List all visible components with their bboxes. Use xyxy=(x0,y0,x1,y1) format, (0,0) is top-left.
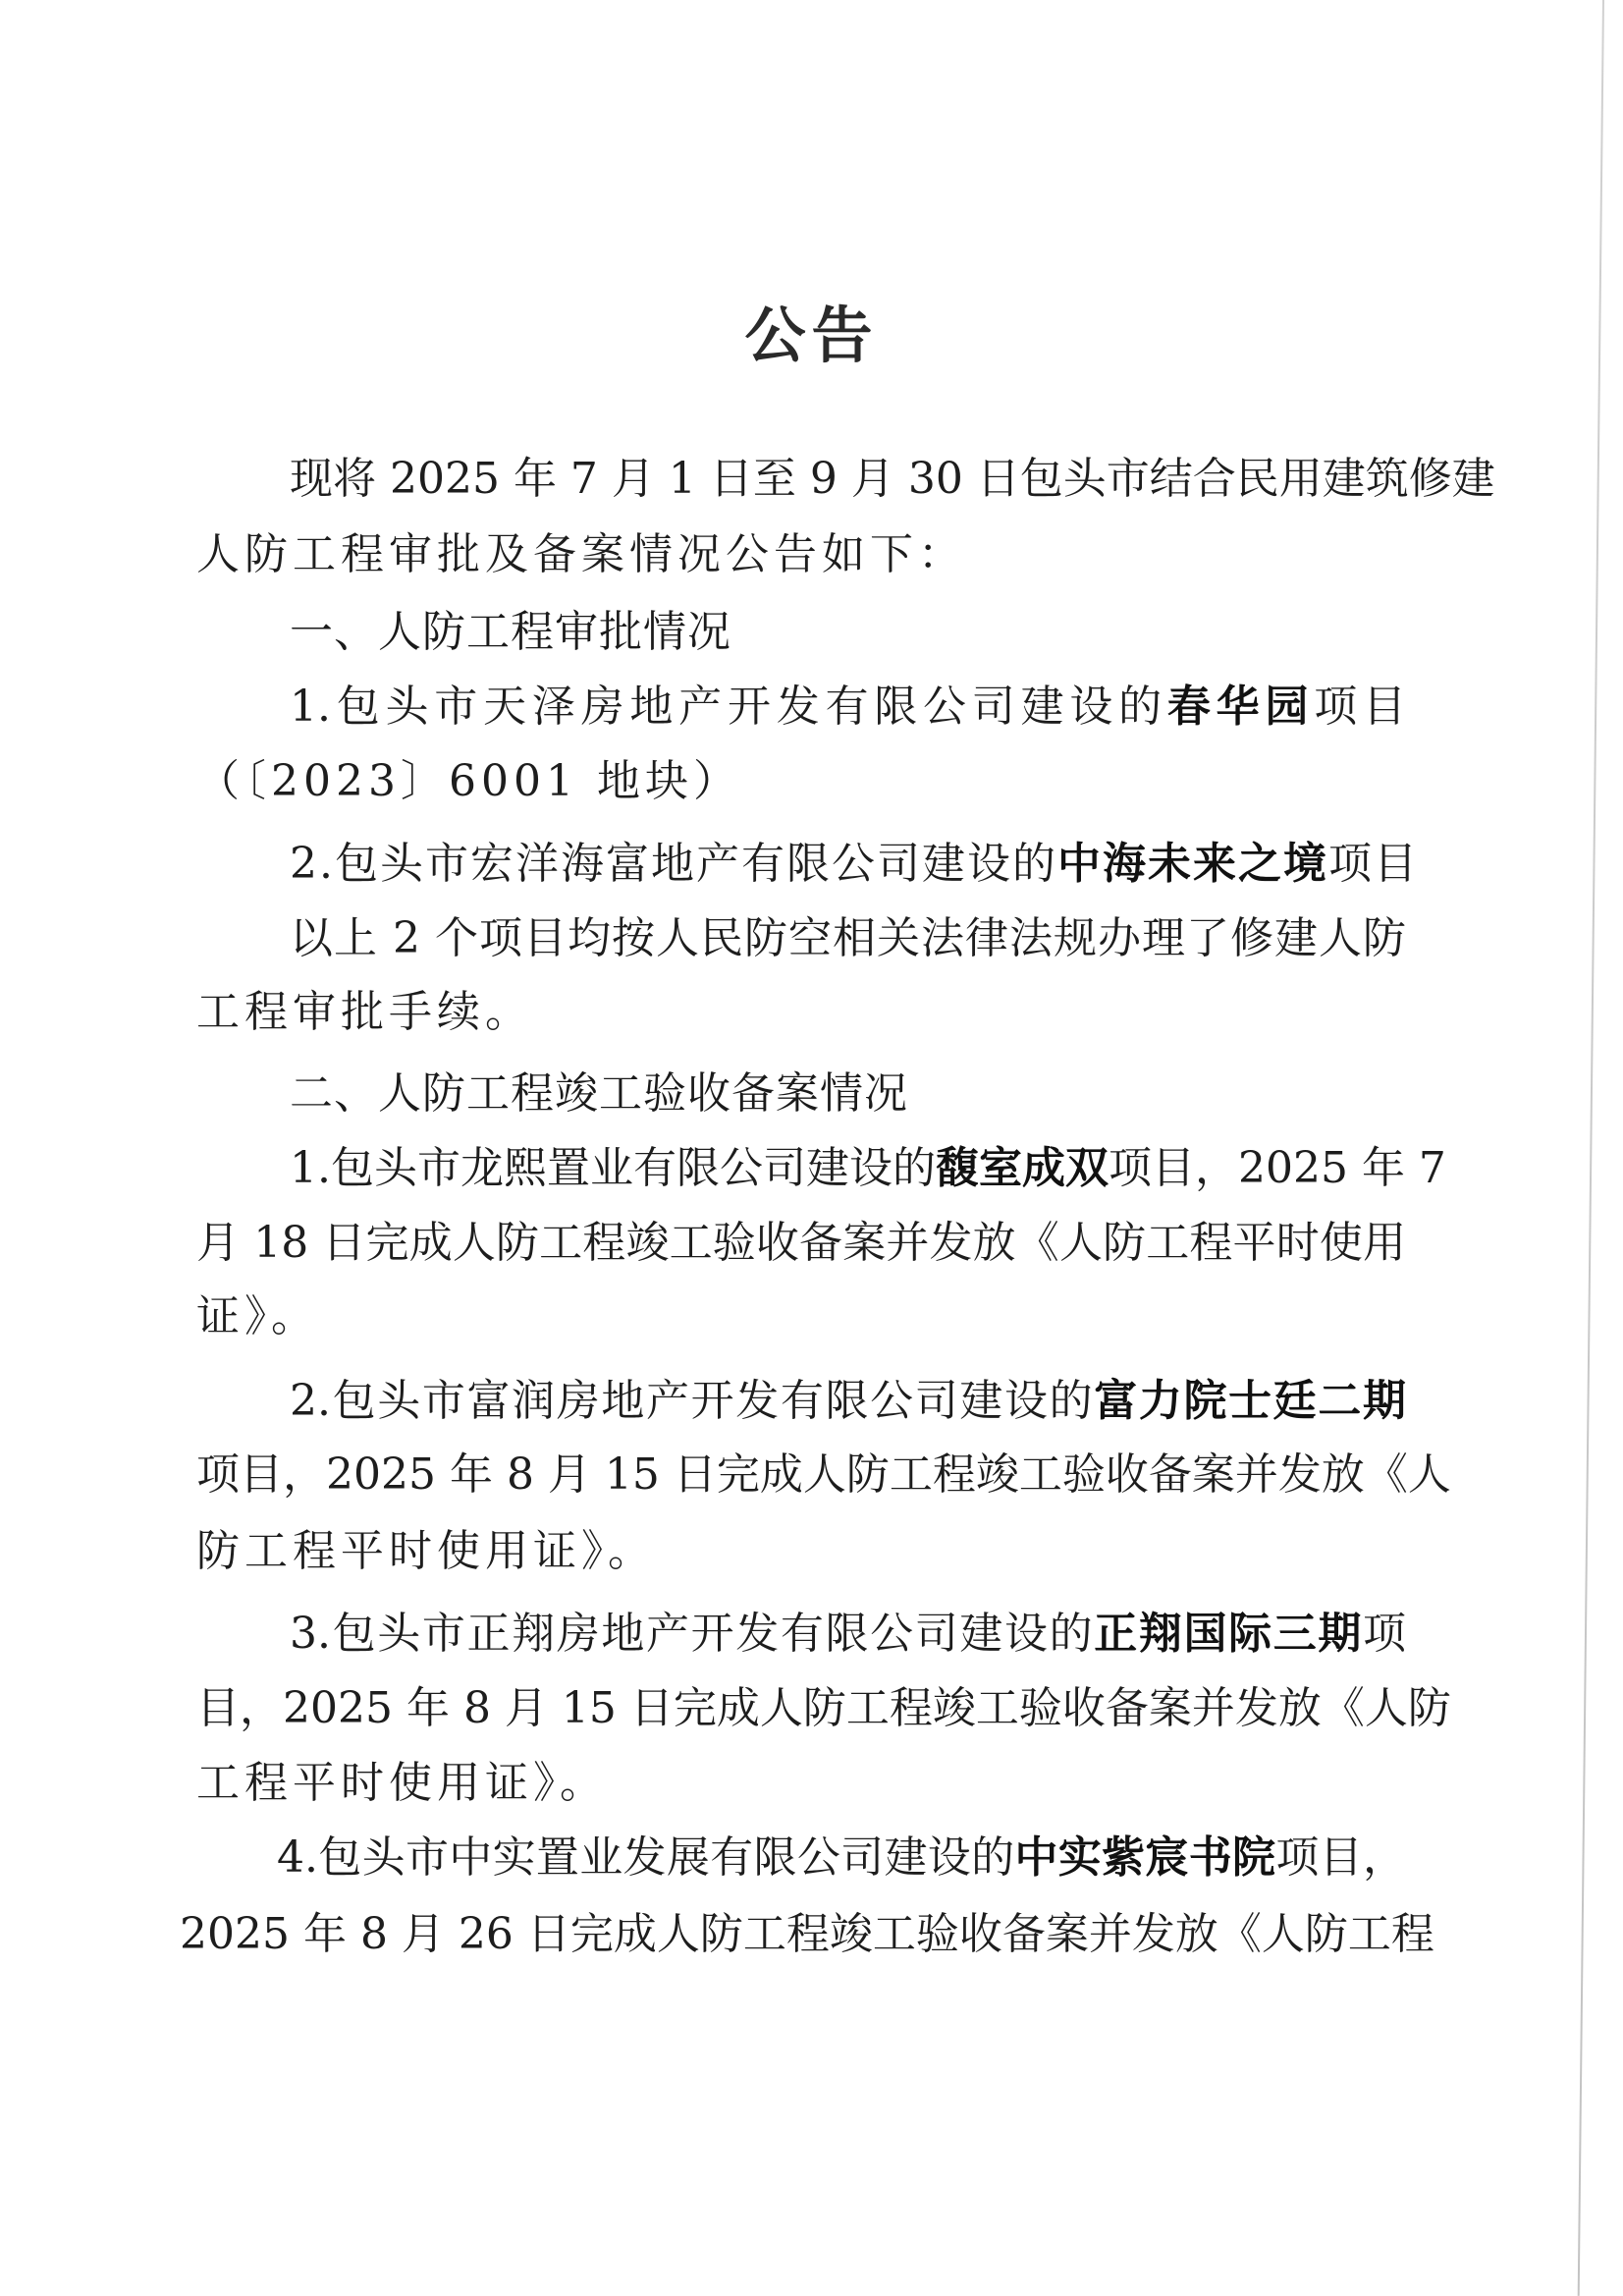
document-title: 公告 xyxy=(0,287,1623,374)
item-text: 2.包头市宏洋海富地产有限公司建设的 xyxy=(290,839,1057,889)
section-2-item-2-line-2: 项目，2025 年 8 月 15 日完成人防工程竣工验收备案并发放《人 xyxy=(196,1446,1406,1504)
item-text: 项目 xyxy=(1314,682,1406,732)
project-name: 中实紫宸书院 xyxy=(1014,1832,1275,1883)
section-1-heading: 一、人防工程审批情况 xyxy=(290,603,1406,662)
intro-line-1: 现将 2025 年 7 月 1 日至 9 月 30 日包头市结合民用建筑修建 xyxy=(290,450,1406,509)
section-2-item-3-line-2: 目，2025 年 8 月 15 日完成人防工程竣工验收备案并发放《人防 xyxy=(196,1679,1406,1738)
section-2-item-3: 3.包头市正翔房地产开发有限公司建设的正翔国际三期项 xyxy=(290,1605,1406,1664)
item-text: 4.包头市中实置业发展有限公司建设的 xyxy=(277,1832,1014,1883)
section-2-item-2: 2.包头市富润房地产开发有限公司建设的富力院士廷二期 xyxy=(290,1372,1406,1431)
section-2-item-1-line-3: 证》。 xyxy=(196,1287,1406,1346)
project-name: 馥室成双 xyxy=(936,1143,1109,1193)
section-2-item-2-line-3: 防工程平时使用证》。 xyxy=(196,1522,1406,1581)
project-name: 中海未来之境 xyxy=(1057,839,1328,889)
section-2-item-4-line-2: 2025 年 8 月 26 日完成人防工程竣工验收备案并发放《人防工程 xyxy=(180,1905,1389,1964)
section-2-item-3-line-3: 工程平时使用证》。 xyxy=(196,1754,1406,1813)
section-2-item-1: 1.包头市龙熙置业有限公司建设的馥室成双项目，2025 年 7 xyxy=(290,1139,1406,1198)
project-name: 富力院士廷二期 xyxy=(1094,1376,1406,1426)
section-1-item-1: 1.包头市天泽房地产开发有限公司建设的春华园项目 xyxy=(290,678,1406,737)
section-1-item-2: 2.包头市宏洋海富地产有限公司建设的中海未来之境项目 xyxy=(290,835,1406,894)
section-2-item-4: 4.包头市中实置业发展有限公司建设的中实紫宸书院项目， xyxy=(277,1829,1406,1887)
intro-line-2: 人防工程审批及备案情况公告如下： xyxy=(196,525,1406,584)
project-name: 春华园 xyxy=(1167,682,1314,732)
item-text: 1.包头市龙熙置业有限公司建设的 xyxy=(290,1143,936,1193)
section-2-item-1-line-2: 月 18 日完成人防工程竣工验收备案并发放《人防工程平时使用 xyxy=(196,1214,1406,1273)
item-text: 项目 xyxy=(1328,839,1419,889)
section-1-summary-line-1: 以上 2 个项目均按人民防空相关法律法规办理了修建人防 xyxy=(290,909,1406,968)
document-page: 公告 现将 2025 年 7 月 1 日至 9 月 30 日包头市结合民用建筑修… xyxy=(0,0,1623,2296)
section-1-summary-line-2: 工程审批手续。 xyxy=(196,983,1406,1042)
item-text: 3.包头市正翔房地产开发有限公司建设的 xyxy=(290,1609,1094,1659)
item-text: 项目， xyxy=(1275,1832,1406,1883)
project-name: 正翔国际三期 xyxy=(1094,1609,1363,1659)
section-2-heading: 二、人防工程竣工验收备案情况 xyxy=(290,1065,1406,1123)
item-text: 项目，2025 年 7 xyxy=(1109,1143,1446,1193)
item-text: 1.包头市天泽房地产开发有限公司建设的 xyxy=(290,682,1167,732)
item-text: 项 xyxy=(1363,1609,1406,1659)
item-text: 2.包头市富润房地产开发有限公司建设的 xyxy=(290,1376,1094,1426)
section-1-item-1-line-2: （〔2023〕6001 地块） xyxy=(196,752,1406,811)
